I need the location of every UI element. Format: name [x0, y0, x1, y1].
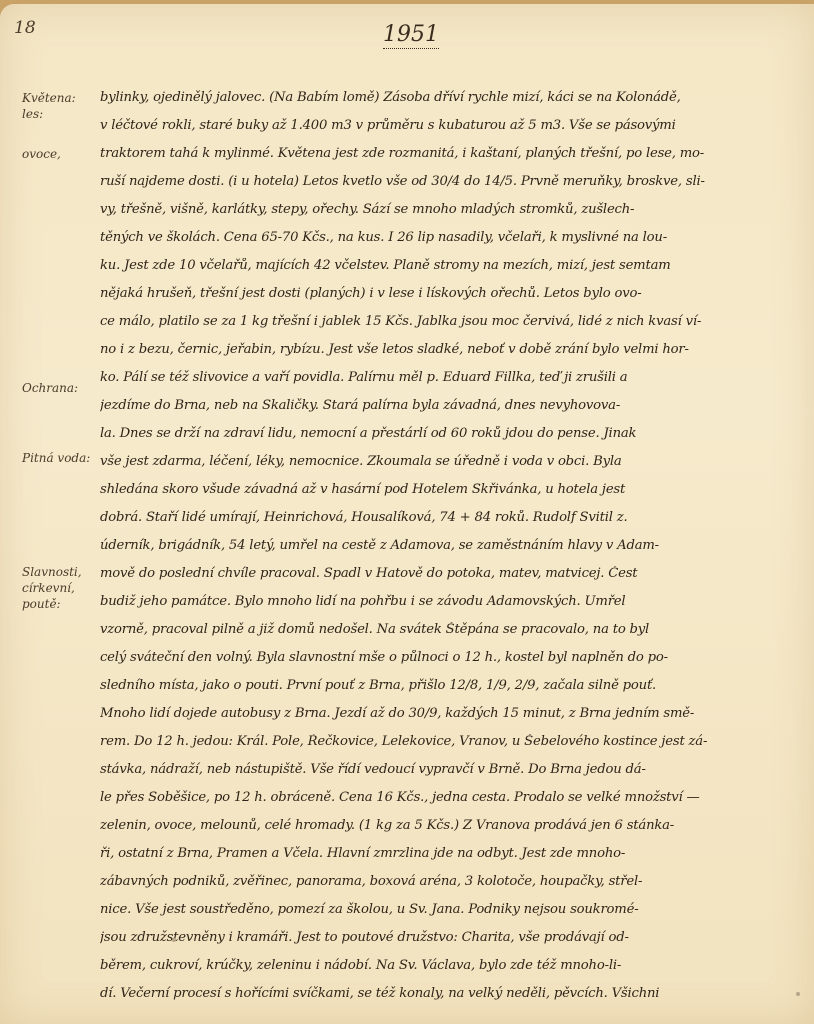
text-line: nějaká hrušeň, třešní jest dosti (planýc…	[100, 286, 752, 301]
margin-note-health: Ochrana:	[22, 380, 92, 396]
text-line: ko. Pálí se též slivovice a vaří povidla…	[100, 370, 752, 385]
paper-spot	[172, 938, 176, 942]
text-line: ce málo, platilo se za 1 kg třešní i jab…	[100, 314, 752, 329]
text-line: mově do poslední chvíle pracoval. Spadl …	[100, 566, 752, 581]
text-line: úderník, brigádník, 54 letý, umřel na ce…	[100, 538, 752, 553]
text-line: vzorně, pracoval pilně a již domů nedoše…	[100, 622, 752, 637]
text-line: ři, ostatní z Brna, Pramen a Včela. Hlav…	[100, 846, 752, 861]
text-line: dobrá. Staří lidé umírají, Heinrichová, …	[100, 510, 752, 525]
page-title: 1951	[383, 22, 439, 49]
margin-note-celebrations: Slavnosti, církevní, poutě:	[22, 564, 92, 612]
text-line: těných ve školách. Cena 65-70 Kčs., na k…	[100, 230, 752, 245]
text-line: Mnoho lidí dojede autobusy z Brna. Jezdí…	[100, 706, 752, 721]
text-line: ku. Jest zde 10 včelařů, majících 42 vče…	[100, 258, 752, 273]
text-line: zábavných podniků, zvěřinec, panorama, b…	[100, 874, 752, 889]
text-line: le přes Soběšice, po 12 h. obráceně. Cen…	[100, 790, 752, 805]
paper-spot	[796, 992, 800, 996]
text-line: la. Dnes se drží na zdraví lidu, nemocní…	[100, 426, 752, 441]
text-line: ruší najdeme dosti. (i u hotela) Letos k…	[100, 174, 752, 189]
text-line: stávka, nádraží, neb nástupiště. Vše říd…	[100, 762, 752, 777]
text-line: v léčtové rokli, staré buky až 1.400 m3 …	[100, 118, 752, 133]
margin-note-water: Pitná voda:	[22, 450, 92, 466]
text-line: běrem, cukroví, krúčky, zeleninu i nádob…	[100, 958, 752, 973]
text-line: celý sváteční den volný. Byla slavnostní…	[100, 650, 752, 665]
text-line: traktorem tahá k mylinmé. Květena jest z…	[100, 146, 752, 161]
text-line: bylinky, ojedinělý jalovec. (Na Babím lo…	[100, 90, 752, 105]
text-line: dí. Večerní procesí s hořícími svíčkami,…	[100, 986, 752, 1001]
text-line: nice. Vše jest soustředěno, pomezí za šk…	[100, 902, 752, 917]
text-line: no i z bezu, černic, jeřabin, rybízu. Je…	[100, 342, 752, 357]
text-line: jsou združstevněny i kramáři. Jest to po…	[100, 930, 752, 945]
page-number: 18	[14, 18, 36, 38]
text-line: sledního místa, jako o pouti. První pouť…	[100, 678, 752, 693]
manuscript-page: 18 1951 Květena: les: ovoce, Ochrana: Pi…	[0, 4, 814, 1024]
text-line: rem. Do 12 h. jedou: Král. Pole, Řečkovi…	[100, 734, 752, 749]
margin-note-fruit: ovoce,	[22, 146, 92, 162]
text-line: budiž jeho památce. Bylo mnoho lidí na p…	[100, 594, 752, 609]
margin-note-flora: Květena: les:	[22, 90, 92, 122]
text-line: zelenin, ovoce, melounů, celé hromady. (…	[100, 818, 752, 833]
text-line: vy, třešně, višně, karlátky, stepy, ořec…	[100, 202, 752, 217]
text-line: vše jest zdarma, léčení, léky, nemocnice…	[100, 454, 752, 469]
text-line: jezdíme do Brna, neb na Skaličky. Stará …	[100, 398, 752, 413]
text-line: shledána skoro všude závadná až v hasárn…	[100, 482, 752, 497]
